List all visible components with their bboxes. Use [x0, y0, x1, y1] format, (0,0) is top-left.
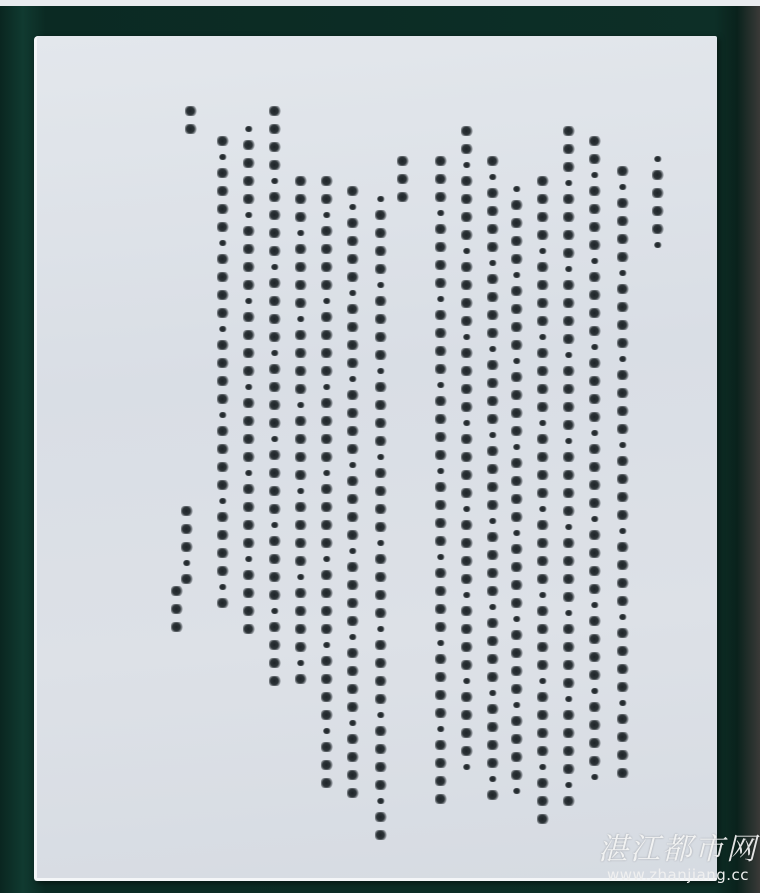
handwritten-column: [433, 156, 449, 812]
handwritten-character: [323, 470, 331, 476]
handwritten-character: [217, 598, 229, 608]
handwritten-character: [617, 714, 629, 724]
handwritten-column: [319, 176, 335, 796]
handwritten-character: [217, 136, 229, 146]
handwritten-character: [563, 144, 575, 154]
handwritten-column: [293, 176, 309, 692]
handwritten-character: [591, 344, 599, 350]
handwritten-character: [377, 196, 385, 202]
handwritten-character: [563, 248, 575, 258]
handwritten-character: [511, 752, 523, 762]
handwritten-character: [243, 176, 255, 186]
handwritten-character: [269, 210, 281, 220]
handwritten-character: [295, 416, 307, 426]
handwritten-character: [181, 506, 193, 516]
handwritten-character: [511, 598, 523, 608]
handwritten-character: [375, 504, 387, 514]
handwritten-character: [563, 746, 575, 756]
handwritten-character: [377, 712, 385, 718]
handwritten-character: [217, 394, 229, 404]
handwritten-character: [563, 194, 575, 204]
handwritten-character: [269, 228, 281, 238]
handwritten-character: [321, 742, 333, 752]
handwritten-character: [435, 192, 447, 202]
handwritten-character: [619, 700, 627, 706]
handwritten-character: [217, 186, 229, 196]
handwritten-character: [269, 504, 281, 514]
handwritten-character: [513, 186, 521, 192]
handwritten-character: [487, 704, 499, 714]
handwritten-character: [563, 212, 575, 222]
handwritten-character: [563, 280, 575, 290]
handwritten-character: [375, 676, 387, 686]
handwritten-character: [539, 678, 547, 684]
handwritten-character: [589, 702, 601, 712]
handwritten-character: [563, 556, 575, 566]
handwritten-character: [243, 588, 255, 598]
handwritten-character: [463, 592, 471, 598]
handwritten-character: [243, 624, 255, 634]
handwritten-character: [375, 744, 387, 754]
handwritten-character: [537, 728, 549, 738]
handwritten-character: [347, 236, 359, 246]
handwritten-character: [269, 364, 281, 374]
handwritten-character: [321, 760, 333, 770]
handwritten-character: [217, 530, 229, 540]
handwritten-character: [435, 758, 447, 768]
handwritten-character: [537, 348, 549, 358]
handwritten-character: [435, 450, 447, 460]
handwritten-character: [487, 292, 499, 302]
handwritten-character: [243, 366, 255, 376]
handwritten-character: [617, 388, 629, 398]
handwritten-character: [563, 764, 575, 774]
handwritten-character: [321, 330, 333, 340]
handwritten-character: [397, 156, 409, 166]
handwritten-character: [269, 676, 281, 686]
handwritten-character: [321, 656, 333, 666]
handwritten-character: [563, 710, 575, 720]
handwritten-character: [347, 580, 359, 590]
handwritten-character: [513, 358, 521, 364]
handwritten-character: [487, 188, 499, 198]
handwritten-character: [243, 434, 255, 444]
handwritten-character: [589, 240, 601, 250]
handwritten-character: [321, 588, 333, 598]
handwritten-character: [461, 520, 473, 530]
handwritten-character: [347, 648, 359, 658]
handwritten-character: [511, 218, 523, 228]
handwritten-character: [347, 186, 359, 196]
handwritten-character: [217, 254, 229, 264]
handwritten-character: [489, 604, 497, 610]
handwritten-character: [269, 590, 281, 600]
handwritten-character: [563, 592, 575, 602]
handwritten-character: [295, 624, 307, 634]
handwritten-character: [619, 528, 627, 534]
handwritten-character: [377, 540, 385, 546]
handwritten-character: [321, 244, 333, 254]
handwritten-character: [377, 626, 385, 632]
handwritten-character: [537, 316, 549, 326]
handwritten-character: [487, 586, 499, 596]
handwritten-character: [245, 384, 253, 390]
handwritten-character: [537, 452, 549, 462]
handwritten-character: [563, 452, 575, 462]
handwritten-character: [537, 262, 549, 272]
handwritten-character: [323, 728, 331, 734]
handwritten-character: [243, 348, 255, 358]
handwritten-character: [295, 298, 307, 308]
handwritten-character: [537, 814, 549, 824]
handwritten-character: [269, 554, 281, 564]
handwritten-character: [537, 692, 549, 702]
handwritten-character: [537, 280, 549, 290]
handwritten-character: [652, 170, 664, 180]
handwritten-character: [295, 452, 307, 462]
handwritten-character: [245, 470, 253, 476]
handwritten-character: [563, 470, 575, 480]
handwritten-character: [563, 402, 575, 412]
handwritten-character: [589, 444, 601, 454]
handwritten-character: [321, 484, 333, 494]
handwritten-character: [537, 470, 549, 480]
handwritten-character: [217, 566, 229, 576]
handwritten-character: [437, 468, 445, 474]
handwritten-character: [565, 266, 573, 272]
handwritten-character: [461, 212, 473, 222]
handwritten-character: [563, 126, 575, 136]
handwritten-character: [652, 224, 664, 234]
handwritten-character: [269, 450, 281, 460]
handwritten-character: [347, 512, 359, 522]
handwritten-character: [461, 434, 473, 444]
handwritten-character: [245, 556, 253, 562]
handwritten-character: [321, 348, 333, 358]
handwritten-character: [321, 280, 333, 290]
handwritten-character: [591, 774, 599, 780]
handwritten-character: [489, 690, 497, 696]
handwritten-column: [561, 126, 577, 814]
handwritten-character: [461, 194, 473, 204]
handwritten-character: [563, 728, 575, 738]
handwritten-column: [587, 136, 603, 788]
handwritten-character: [537, 212, 549, 222]
handwritten-character: [461, 230, 473, 240]
handwritten-column: [241, 126, 257, 642]
handwritten-character: [269, 486, 281, 496]
handwritten-character: [243, 158, 255, 168]
handwritten-character: [487, 206, 499, 216]
handwritten-character: [589, 358, 601, 368]
handwritten-character: [269, 572, 281, 582]
handwritten-character: [321, 502, 333, 512]
handwritten-character: [461, 710, 473, 720]
handwritten-character: [617, 284, 629, 294]
handwritten-character: [617, 492, 629, 502]
handwritten-character: [347, 444, 359, 454]
handwritten-character: [461, 606, 473, 616]
handwritten-character: [511, 630, 523, 640]
handwritten-character: [513, 444, 521, 450]
handwritten-character: [461, 746, 473, 756]
handwritten-character: [347, 322, 359, 332]
handwritten-character: [347, 562, 359, 572]
handwritten-character: [219, 498, 227, 504]
handwritten-character: [511, 458, 523, 468]
handwritten-character: [589, 154, 601, 164]
handwritten-character: [375, 608, 387, 618]
handwritten-character: [511, 716, 523, 726]
handwritten-character: [185, 124, 197, 134]
handwritten-character: [617, 234, 629, 244]
handwritten-character: [619, 442, 627, 448]
handwritten-character: [375, 572, 387, 582]
handwritten-character: [269, 246, 281, 256]
handwritten-character: [487, 550, 499, 560]
handwritten-character: [377, 798, 385, 804]
handwritten-character: [321, 262, 333, 272]
handwritten-character: [537, 434, 549, 444]
handwritten-character: [347, 340, 359, 350]
handwritten-character: [461, 262, 473, 272]
handwritten-character: [513, 272, 521, 278]
handwritten-character: [617, 750, 629, 760]
handwritten-character: [563, 298, 575, 308]
handwritten-character: [487, 464, 499, 474]
handwritten-character: [269, 332, 281, 342]
handwritten-character: [617, 646, 629, 656]
handwritten-character: [243, 330, 255, 340]
handwritten-character: [323, 556, 331, 562]
handwritten-character: [563, 162, 575, 172]
handwritten-character: [377, 282, 385, 288]
handwritten-character: [563, 230, 575, 240]
handwritten-character: [269, 142, 281, 152]
handwritten-character: [435, 364, 447, 374]
handwritten-character: [217, 426, 229, 436]
handwritten-character: [435, 622, 447, 632]
handwritten-character: [511, 580, 523, 590]
handwritten-character: [217, 548, 229, 558]
handwritten-character: [565, 180, 573, 186]
handwritten-character: [271, 522, 279, 528]
handwritten-character: [617, 628, 629, 638]
handwritten-character: [617, 682, 629, 692]
handwritten-character: [487, 672, 499, 682]
handwritten-character: [375, 830, 387, 840]
handwritten-column: [267, 106, 283, 694]
handwritten-character: [511, 476, 523, 486]
handwritten-character: [617, 768, 629, 778]
handwritten-character: [347, 476, 359, 486]
handwritten-character: [463, 764, 471, 770]
handwritten-character: [269, 296, 281, 306]
handwritten-character: [347, 616, 359, 626]
handwritten-character: [349, 720, 357, 726]
handwritten-character: [589, 670, 601, 680]
handwritten-character: [487, 722, 499, 732]
handwritten-character: [487, 500, 499, 510]
handwritten-character: [437, 554, 445, 560]
handwritten-character: [375, 400, 387, 410]
handwritten-character: [295, 366, 307, 376]
handwritten-character: [375, 228, 387, 238]
handwritten-character: [589, 290, 601, 300]
handwritten-character: [375, 486, 387, 496]
handwritten-character: [347, 598, 359, 608]
handwritten-character: [461, 126, 473, 136]
handwritten-character: [397, 174, 409, 184]
handwritten-character: [219, 584, 227, 590]
handwritten-character: [487, 310, 499, 320]
handwritten-character: [347, 752, 359, 762]
handwritten-character: [537, 778, 549, 788]
handwritten-character: [591, 688, 599, 694]
handwritten-column: [650, 156, 666, 256]
handwritten-character: [269, 622, 281, 632]
handwritten-character: [511, 372, 523, 382]
handwritten-character: [347, 304, 359, 314]
handwritten-character: [619, 184, 627, 190]
handwritten-character: [435, 242, 447, 252]
handwritten-character: [217, 340, 229, 350]
handwritten-character: [297, 660, 305, 666]
handwritten-character: [321, 176, 333, 186]
handwritten-character: [487, 636, 499, 646]
handwritten-character: [617, 166, 629, 176]
handwritten-character: [591, 516, 599, 522]
handwritten-character: [217, 462, 229, 472]
handwritten-column: [485, 156, 501, 808]
handwritten-character: [171, 604, 183, 614]
handwritten-character: [563, 796, 575, 806]
handwritten-character: [295, 606, 307, 616]
handwritten-character: [617, 198, 629, 208]
handwritten-character: [437, 640, 445, 646]
handwritten-character: [463, 506, 471, 512]
handwritten-character: [375, 468, 387, 478]
handwritten-character: [461, 624, 473, 634]
handwritten-character: [375, 332, 387, 342]
handwritten-character: [513, 788, 521, 794]
handwritten-character: [243, 280, 255, 290]
handwritten-character: [243, 226, 255, 236]
handwritten-character: [511, 390, 523, 400]
handwritten-character: [375, 640, 387, 650]
handwritten-character: [181, 574, 193, 584]
handwritten-character: [435, 500, 447, 510]
handwritten-character: [243, 606, 255, 616]
handwritten-character: [513, 616, 521, 622]
handwritten-character: [295, 262, 307, 272]
handwritten-character: [183, 560, 191, 566]
handwritten-character: [511, 236, 523, 246]
handwritten-character: [461, 488, 473, 498]
handwritten-character: [435, 776, 447, 786]
handwritten-character: [487, 568, 499, 578]
handwritten-character: [589, 652, 601, 662]
handwritten-character: [295, 642, 307, 652]
handwritten-character: [652, 206, 664, 216]
handwritten-character: [652, 188, 664, 198]
handwritten-character: [511, 340, 523, 350]
handwritten-character: [537, 746, 549, 756]
handwritten-character: [437, 382, 445, 388]
handwritten-character: [489, 174, 497, 180]
handwritten-character: [489, 776, 497, 782]
handwritten-character: [435, 536, 447, 546]
handwritten-character: [537, 366, 549, 376]
handwritten-character: [435, 690, 447, 700]
handwritten-character: [347, 734, 359, 744]
handwritten-character: [487, 274, 499, 284]
handwritten-character: [435, 328, 447, 338]
handwritten-character: [617, 338, 629, 348]
handwritten-character: [589, 566, 601, 576]
handwritten-character: [375, 658, 387, 668]
handwritten-character: [217, 222, 229, 232]
handwritten-character: [323, 384, 331, 390]
handwritten-character: [375, 264, 387, 274]
handwritten-character: [487, 414, 499, 424]
handwritten-character: [269, 278, 281, 288]
handwritten-character: [511, 426, 523, 436]
handwritten-character: [295, 348, 307, 358]
site-watermark: 湛江都市网 www.zhanjiang.cc: [598, 834, 758, 884]
handwritten-character: [321, 692, 333, 702]
handwritten-character: [589, 186, 601, 196]
handwritten-character: [435, 396, 447, 406]
letter-paper: [34, 36, 717, 881]
handwritten-character: [563, 366, 575, 376]
handwritten-character: [271, 436, 279, 442]
handwritten-character: [243, 194, 255, 204]
handwritten-character: [537, 642, 549, 652]
handwritten-character: [565, 782, 573, 788]
handwritten-character: [591, 258, 599, 264]
handwritten-character: [295, 212, 307, 222]
handwritten-character: [245, 126, 253, 132]
handwritten-character: [487, 156, 499, 166]
handwritten-character: [463, 334, 471, 340]
handwritten-character: [271, 264, 279, 270]
handwritten-character: [487, 378, 499, 388]
handwritten-character: [487, 396, 499, 406]
handwritten-character: [511, 648, 523, 658]
handwritten-character: [349, 634, 357, 640]
handwritten-character: [181, 542, 193, 552]
handwritten-character: [171, 586, 183, 596]
handwritten-character: [435, 260, 447, 270]
handwritten-character: [321, 194, 333, 204]
handwritten-character: [563, 420, 575, 430]
handwritten-character: [537, 624, 549, 634]
handwritten-character: [563, 334, 575, 344]
handwritten-character: [619, 270, 627, 276]
handwritten-character: [589, 462, 601, 472]
handwritten-character: [511, 322, 523, 332]
handwritten-character: [589, 756, 601, 766]
handwritten-character: [349, 376, 357, 382]
handwritten-character: [617, 456, 629, 466]
handwritten-character: [171, 622, 183, 632]
handwritten-character: [511, 494, 523, 504]
handwritten-character: [617, 596, 629, 606]
handwritten-character: [321, 570, 333, 580]
handwritten-character: [589, 204, 601, 214]
handwritten-character: [435, 482, 447, 492]
